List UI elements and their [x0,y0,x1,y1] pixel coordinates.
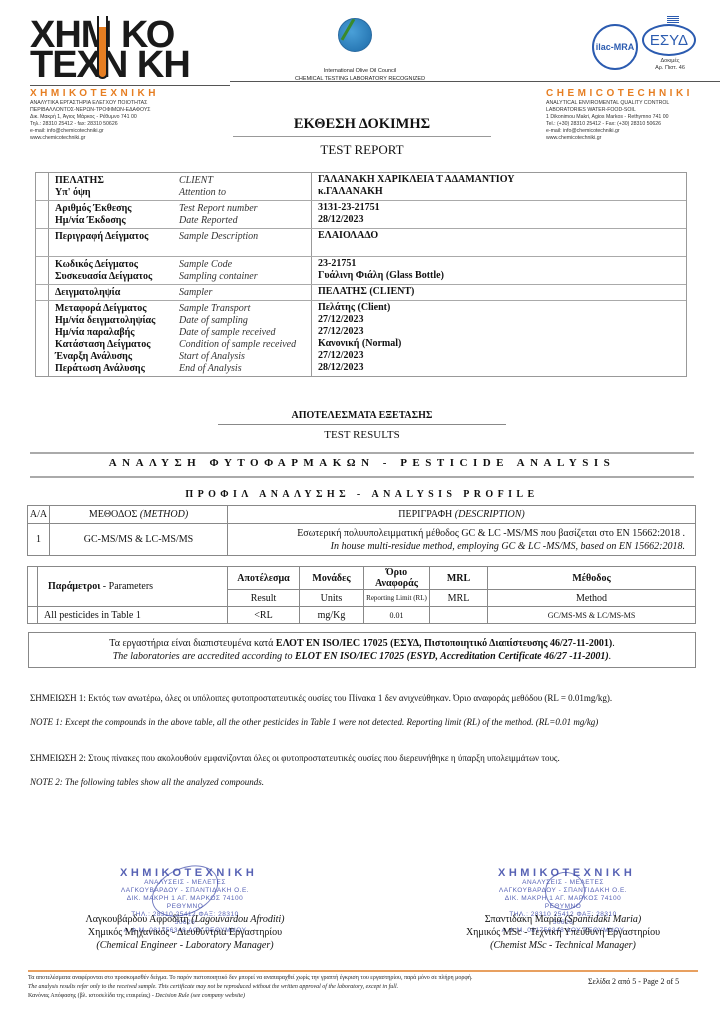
label-greek: Έναρξη Ανάλυσης [55,351,179,362]
label-greek: Μεταφορά Δείγματος [55,303,179,314]
info-row: ΠΕΛΑΤΗΣCLIENT [55,174,311,186]
info-value: Κανονική (Normal) [318,338,686,350]
label-english: Sample Transport [179,303,250,314]
info-group: ΔειγματοληψίαSamplerΠΕΛΑΤΗΣ (CLIENT) [36,284,686,300]
info-value: ΠΕΛΑΤΗΣ (CLIENT) [318,286,686,298]
info-row: Ημ/νία δειγματοληψίαςDate of sampling [55,314,311,326]
label-greek: Κατάσταση Δείγματος [55,339,179,350]
method-table: Α/Α ΜΕΘΟΔΟΣ (METHOD) ΠΕΡΙΓΡΑΦΗ (DESCRIPT… [27,505,696,556]
info-group: Κωδικός ΔείγματοςSample CodeΣυσκευασία Δ… [36,256,686,284]
info-row: Περιγραφή ΔείγματοςSample Description [55,230,311,242]
report-title-english: TEST REPORT [250,142,474,158]
brand-name-greek: ΧΗΜΙΚΟΤΕΧΝΙΚΗ [30,88,159,99]
label-english: Date Reported [179,215,238,226]
info-value: ΓΑΛΑΝΑΚΗ ΧΑΡΙΚΛΕΙΑ Τ ΑΔΑΜΑΝΤΙΟΥ [318,174,686,186]
header-divider-left [30,85,230,86]
info-value: 3131-23-21751 [318,202,686,214]
label-greek: Περιγραφή Δείγματος [55,231,179,242]
label-greek: Περάτωση Ανάλυσης [55,363,179,374]
info-group: Περιγραφή ΔείγματοςSample DescriptionΕΛΑ… [36,228,686,256]
info-value: Πελάτης (Client) [318,302,686,314]
label-greek: Ημ/νία δειγματοληψίας [55,315,179,326]
note-1-english: NOTE 1: Except the compounds in the abov… [30,717,700,727]
footer-disclaimer: Τα αποτελέσματα αναφέρονται στο προσκομι… [28,974,472,1001]
address-english: ANALYTICAL ENVIROMENTAL QUALITY CONTROLL… [546,100,669,142]
info-value: 27/12/2023 [318,326,686,338]
info-value: ΕΛΑΙΟΛΑΔΟ [318,230,686,242]
label-greek: Ημ/νία παραλαβής [55,327,179,338]
info-row: Κατάσταση ΔείγματοςCondition of sample r… [55,338,311,350]
info-group: Μεταφορά ΔείγματοςSample TransportΗμ/νία… [36,300,686,376]
col-aa: Α/Α [28,506,50,524]
sample-info-table: ΠΕΛΑΤΗΣCLIENTΥπ' όψηAttention toΓΑΛΑΝΑΚΗ… [35,172,687,377]
label-greek: Ημ/νία Έκδοσης [55,215,179,226]
info-row: Ημ/νία ΈκδοσηςDate Reported [55,214,311,226]
test-tube-icon [97,16,108,79]
note-2-greek: ΣΗΜΕΙΩΣΗ 2: Στους πίνακες που ακολουθούν… [30,753,700,763]
results-divider [218,424,506,425]
header-divider-center [230,81,720,82]
address-greek: ΑΝΑΛΥΤΙΚΑ ΕΡΓΑΣΤΗΡΙΑ ΕΛΕΓΧΟΥ ΠΟΙΟΤΗΤΑΣΠΕ… [30,100,151,142]
title-divider [233,136,491,137]
label-english: Condition of sample received [179,339,296,350]
info-row: Περάτωση ΑνάλυσηςEnd of Analysis [55,362,311,374]
label-english: Date of sample received [179,327,276,338]
label-greek: Κωδικός Δείγματος [55,259,179,270]
accreditation-box: Τα εργαστήρια είναι διαπιστευμένα κατά Ε… [28,632,696,668]
label-english: Attention to [179,187,226,198]
info-value: 28/12/2023 [318,214,686,226]
info-value: Γυάλινη Φιάλη (Glass Bottle) [318,270,686,282]
info-value: 27/12/2023 [318,314,686,326]
info-row: Ημ/νία παραλαβήςDate of sample received [55,326,311,338]
info-value: 23-21751 [318,258,686,270]
label-english: Test Report number [179,203,258,214]
brand-name-english: CHEMICOTECHNIKI [546,88,693,99]
esyd-logo: ΕΣΥΔ [642,24,696,56]
col-description: ΠΕΡΙΓΡΑΦΗ (DESCRIPTION) [228,506,696,524]
ioc-globe-icon [338,18,372,52]
info-row: Έναρξη ΑνάλυσηςStart of Analysis [55,350,311,362]
label-english: CLIENT [179,175,213,186]
col-parameters: Παράμετροι - Parameters [38,567,228,607]
results-heading-greek: ΑΠΟΤΕΛΕΣΜΑΤΑ ΕΞΕΤΑΣΗΣ [200,410,524,421]
info-value: κ.ΓΑΛΑΝΑΚΗ [318,186,686,198]
info-value: 28/12/2023 [318,362,686,374]
pesticide-analysis-band: ΑΝΑΛΥΣΗ ΦΥΤΟΦΑΡΜΑΚΩΝ - PESTICIDE ANALYSI… [30,457,694,469]
note-1-greek: ΣΗΜΕΙΩΣΗ 1: Εκτός των ανωτέρω, όλες οι υ… [30,693,700,703]
info-row: Μεταφορά ΔείγματοςSample Transport [55,302,311,314]
info-value: 27/12/2023 [318,350,686,362]
results-header-greek: Παράμετροι - Parameters Αποτέλεσμα Μονάδ… [28,567,696,590]
label-greek: Δειγματοληψία [55,287,179,298]
esyd-accreditation: Δοκιμές Αρ. Πιστ. 46 [640,58,700,72]
ilac-mra-logo: ilac-MRA [592,24,638,70]
info-row: Υπ' όψηAttention to [55,186,311,198]
footer-divider [28,970,698,972]
col-method: ΜΕΘΟΔΟΣ (METHOD) [50,506,228,524]
table-row: All pesticides in Table 1 <RL mg/Kg 0.01… [28,607,696,624]
info-row: Αριθμός ΈκθεσηςTest Report number [55,202,311,214]
label-greek: ΠΕΛΑΤΗΣ [55,175,179,186]
band-top-line [30,452,694,454]
info-group: ΠΕΛΑΤΗΣCLIENTΥπ' όψηAttention toΓΑΛΑΝΑΚΗ… [36,173,686,200]
label-english: Start of Analysis [179,351,245,362]
signatory-left: Λαγκουβάρδου Αφροδίτη (Lagouvardou Afrod… [65,913,305,952]
label-greek: Συσκευασία Δείγματος [55,271,179,282]
info-group: Αριθμός ΈκθεσηςTest Report numberΗμ/νία … [36,200,686,228]
report-title-greek: ΕΚΘΕΣΗ ΔΟΚΙΜΗΣ [250,116,474,133]
label-english: Sample Description [179,231,258,242]
info-row: Κωδικός ΔείγματοςSample Code [55,258,311,270]
label-greek: Αριθμός Έκθεσης [55,203,179,214]
label-greek: Υπ' όψη [55,187,179,198]
label-english: Sampler [179,287,212,298]
analysis-profile-heading: ΠΡΟΦΙΛ ΑΝΑΛΥΣΗΣ - ANALYSIS PROFILE [30,489,694,500]
label-english: Sampling container [179,271,258,282]
signatory-right: Σπαντιδάκη Μαρία (Spantidaki Maria) Χημι… [443,913,683,952]
label-english: Sample Code [179,259,232,270]
note-2-english: NOTE 2: The following tables show all th… [30,777,700,787]
greek-flag-icon [667,16,679,23]
page-number: Σελίδα 2 από 5 - Page 2 of 5 [588,977,679,986]
company-logo: ΧΗΜ ΚΟ ΤΕΧΝ ΚΗ [30,20,190,80]
results-heading-english: TEST RESULTS [200,429,524,441]
info-row: ΔειγματοληψίαSampler [55,286,311,298]
results-table: Παράμετροι - Parameters Αποτέλεσμα Μονάδ… [27,566,696,624]
band-bottom-line [30,476,694,478]
label-english: End of Analysis [179,363,242,374]
info-row: Συσκευασία ΔείγματοςSampling container [55,270,311,282]
label-english: Date of sampling [179,315,248,326]
table-row: 1 GC-MS/MS & LC-MS/MS Εσωτερική πολυυπολ… [28,524,696,556]
method-table-header: Α/Α ΜΕΘΟΔΟΣ (METHOD) ΠΕΡΙΓΡΑΦΗ (DESCRIPT… [28,506,696,524]
